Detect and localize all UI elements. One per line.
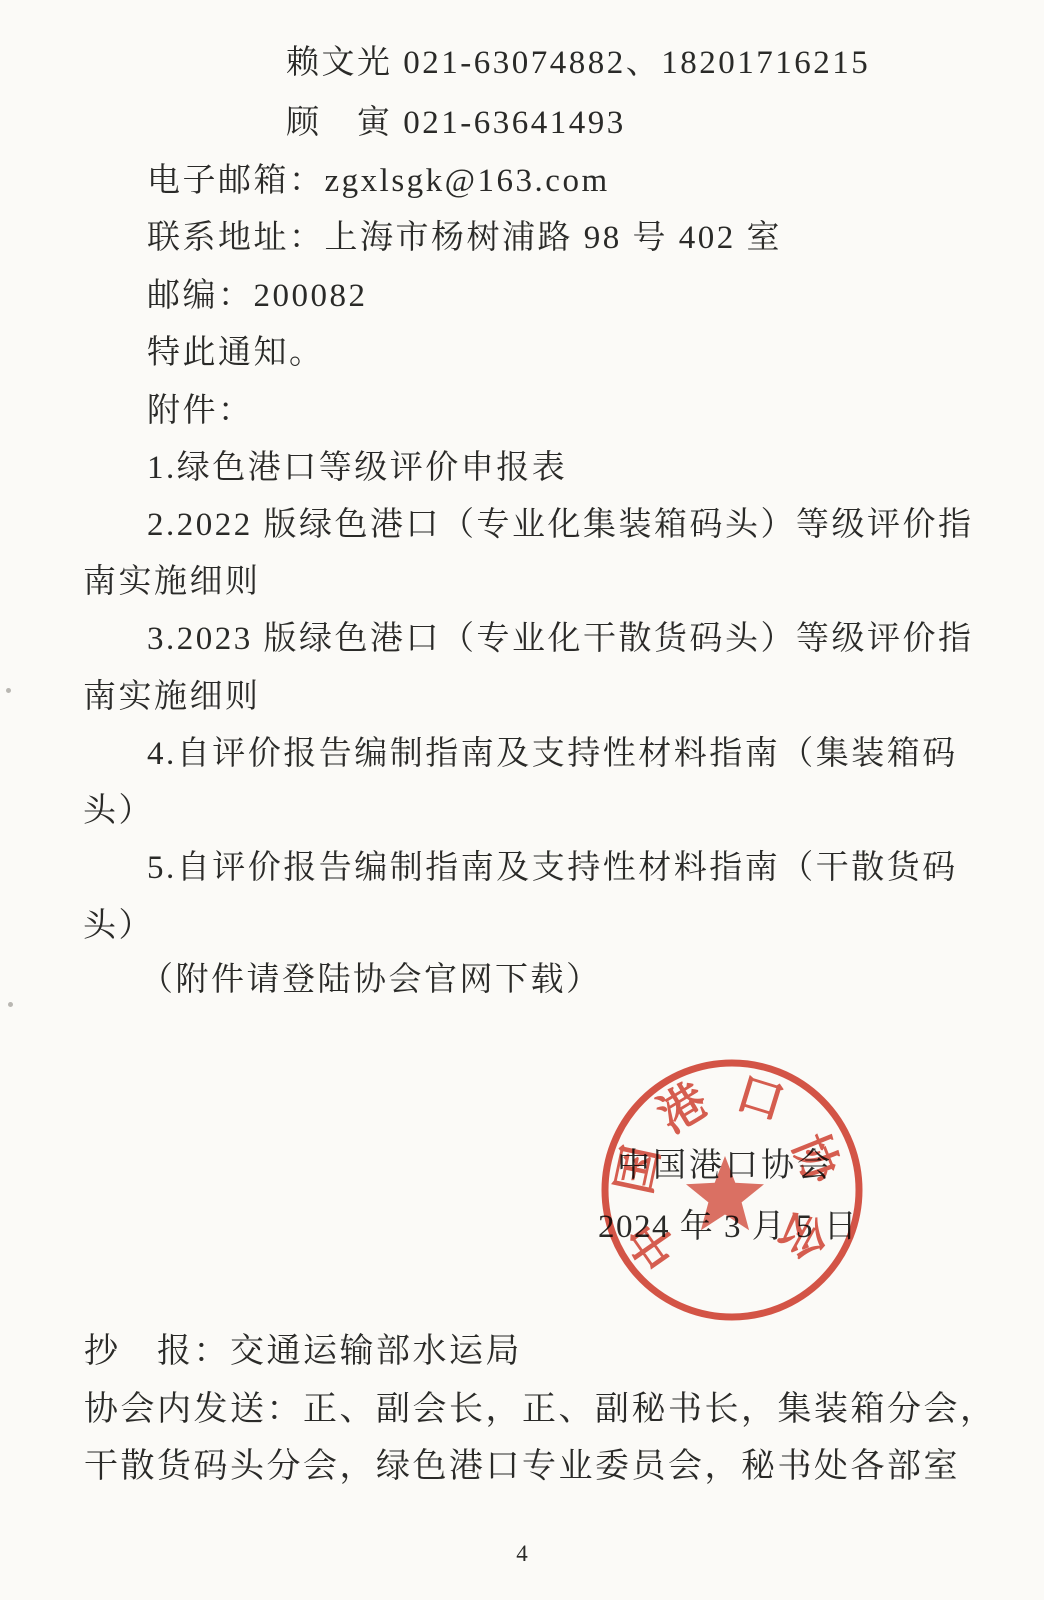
- attachment-download-note: （附件请登陆协会官网下载）: [140, 963, 602, 998]
- seal-char: 会: [768, 1202, 836, 1268]
- attachment-item-2-line-1: 2.2022 版绿色港口（专业化集装箱码头）等级评价指: [147, 508, 974, 543]
- attachment-item-3-line-1: 3.2023 版绿色港口（专业化干散货码头）等级评价指: [147, 622, 974, 657]
- attachment-item-2-line-2: 南实施细则: [83, 565, 261, 600]
- contact-address-line: 联系地址：上海市杨树浦路 98 号 402 室: [147, 221, 782, 256]
- star-icon: [686, 1156, 764, 1230]
- attachment-item-5-line-1: 5.自评价报告编制指南及支持性材料指南（干散货码: [147, 851, 958, 886]
- scan-speck: [6, 688, 11, 693]
- contact-postcode-line: 邮编：200082: [147, 279, 368, 314]
- distribution-line-2: 干散货码头分会，绿色港口专业委员会，秘书处各部室: [84, 1449, 960, 1485]
- attachment-item-4-line-2: 头）: [83, 794, 154, 829]
- document-page: 赖文光 021-63074882、18201716215 顾 寅 021-636…: [0, 0, 1044, 1600]
- cc-line: 抄 报：交通运输部水运局: [84, 1334, 522, 1370]
- scan-speck: [8, 1002, 13, 1007]
- seal-char: 国: [609, 1142, 670, 1199]
- seal-char: 协: [782, 1127, 849, 1192]
- attachment-item-4-line-1: 4.自评价报告编制指南及支持性材料指南（集装箱码: [147, 737, 958, 772]
- attachments-label: 附件：: [147, 394, 254, 429]
- distribution-line-1: 协会内发送：正、副会长，正、副秘书长，集装箱分会，: [84, 1392, 997, 1428]
- seal-char: 口: [730, 1067, 790, 1130]
- contact-email-line: 电子邮箱：zgxlsgk@163.com: [147, 164, 610, 199]
- page-number: 4: [0, 1541, 1044, 1567]
- contact-phone-line-2: 顾 寅 021-63641493: [286, 106, 626, 141]
- attachment-item-5-line-2: 头）: [83, 909, 154, 944]
- notice-line: 特此通知。: [147, 336, 325, 371]
- contact-phone-line-1: 赖文光 021-63074882、18201716215: [286, 46, 870, 81]
- attachment-item-1: 1.绿色港口等级评价申报表: [147, 451, 567, 486]
- attachment-item-3-line-2: 南实施细则: [83, 680, 261, 715]
- official-seal-stamp: 中 国 港 口 协 会: [585, 1043, 885, 1335]
